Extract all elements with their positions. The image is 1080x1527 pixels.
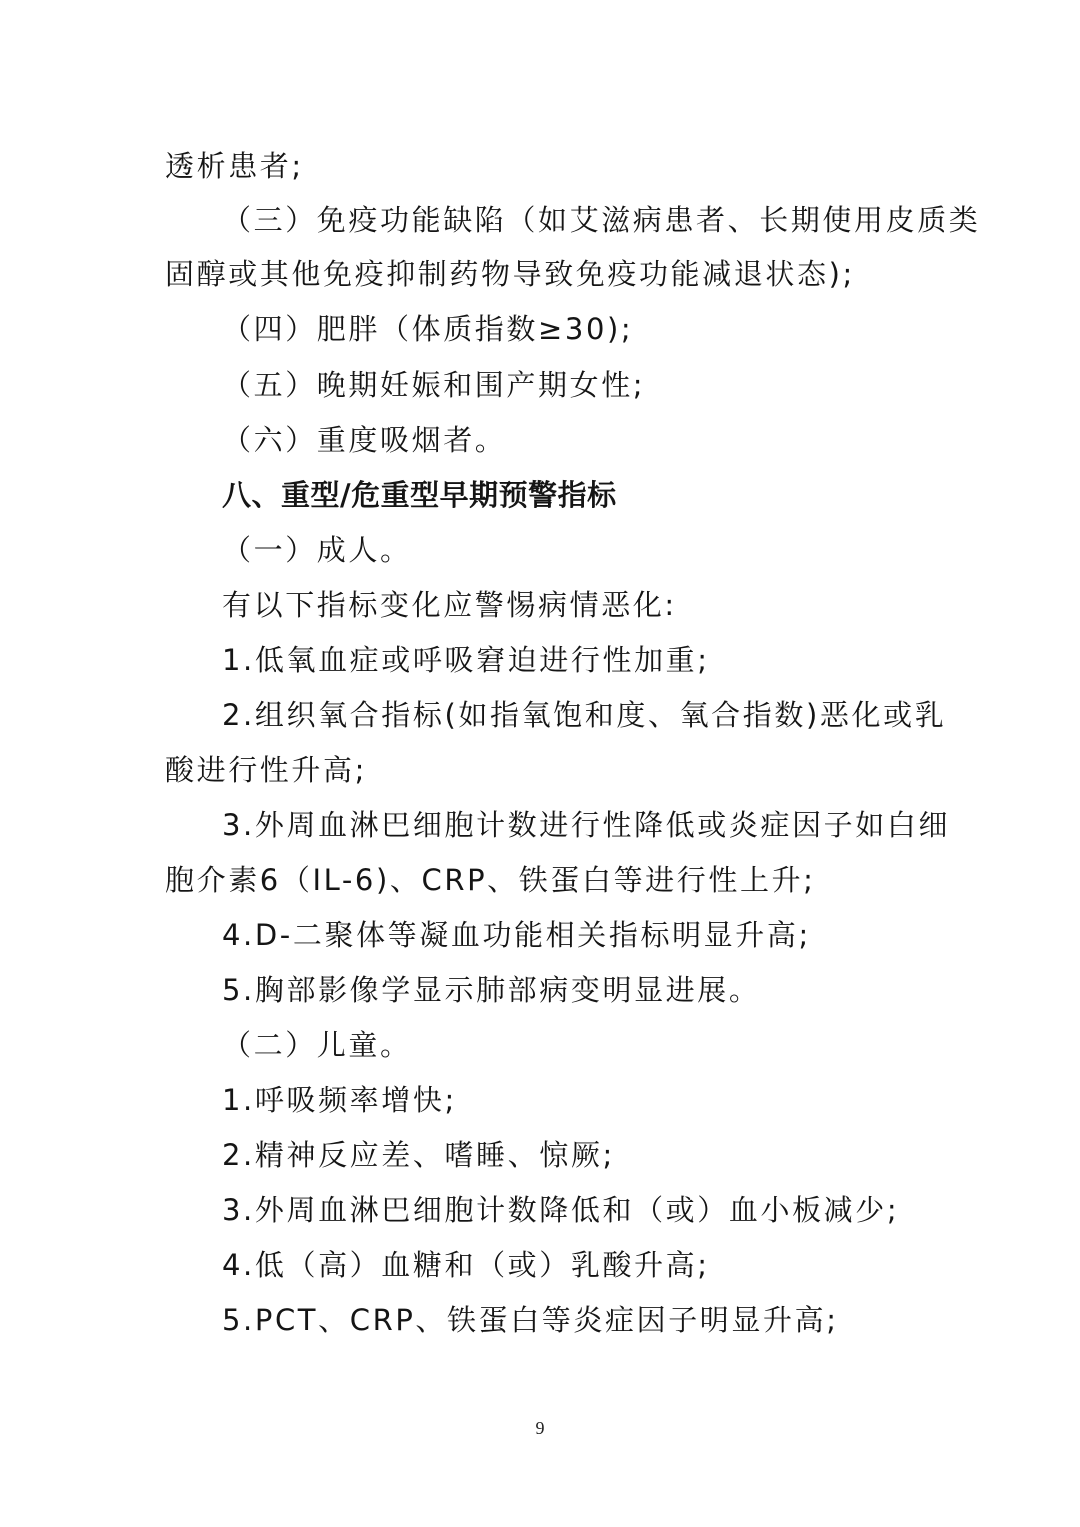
page-number: 9 — [0, 1418, 1080, 1439]
text-line-dialysis-patients: 透析患者; — [165, 146, 304, 186]
list-item-child-3: 3.外周血淋巴细胞计数降低和（或）血小板减少; — [222, 1190, 899, 1230]
list-item-adult-4: 4.D-二聚体等凝血功能相关指标明显升高; — [222, 915, 811, 955]
list-item-child-4: 4.低（高）血糖和（或）乳酸升高; — [222, 1245, 710, 1285]
subheading-adults: （一）成人。 — [222, 530, 412, 570]
text-line-warning-intro: 有以下指标变化应警惕病情恶化: — [222, 585, 677, 625]
text-line-pregnancy: （五）晚期妊娠和围产期女性; — [222, 365, 645, 405]
list-item-adult-3: 3.外周血淋巴细胞计数进行性降低或炎症因子如白细 — [222, 805, 950, 845]
document-page: 透析患者; （三）免疫功能缺陷（如艾滋病患者、长期使用皮质类 固醇或其他免疫抑制… — [0, 0, 1080, 1527]
subheading-children: （二）儿童。 — [222, 1025, 412, 1065]
list-item-adult-2: 2.组织氧合指标(如指氧饱和度、氧合指数)恶化或乳 — [222, 695, 946, 735]
list-item-adult-1: 1.低氧血症或呼吸窘迫进行性加重; — [222, 640, 710, 680]
list-item-adult-3-cont: 胞介素6（IL-6)、CRP、铁蛋白等进行性上升; — [165, 860, 816, 900]
text-line-immunodeficiency-cont: 固醇或其他免疫抑制药物导致免疫功能减退状态); — [165, 254, 855, 294]
text-line-obesity: （四）肥胖（体质指数≥30); — [222, 309, 633, 349]
text-line-smokers: （六）重度吸烟者。 — [222, 420, 506, 460]
list-item-child-5: 5.PCT、CRP、铁蛋白等炎症因子明显升高; — [222, 1300, 839, 1340]
section-heading-early-warning: 八、重型/危重型早期预警指标 — [222, 475, 617, 515]
list-item-child-1: 1.呼吸频率增快; — [222, 1080, 457, 1120]
list-item-adult-5: 5.胸部影像学显示肺部病变明显进展。 — [222, 970, 760, 1010]
list-item-child-2: 2.精神反应差、嗜睡、惊厥; — [222, 1135, 615, 1175]
list-item-adult-2-cont: 酸进行性升高; — [165, 750, 367, 790]
text-line-immunodeficiency: （三）免疫功能缺陷（如艾滋病患者、长期使用皮质类 — [222, 200, 980, 240]
